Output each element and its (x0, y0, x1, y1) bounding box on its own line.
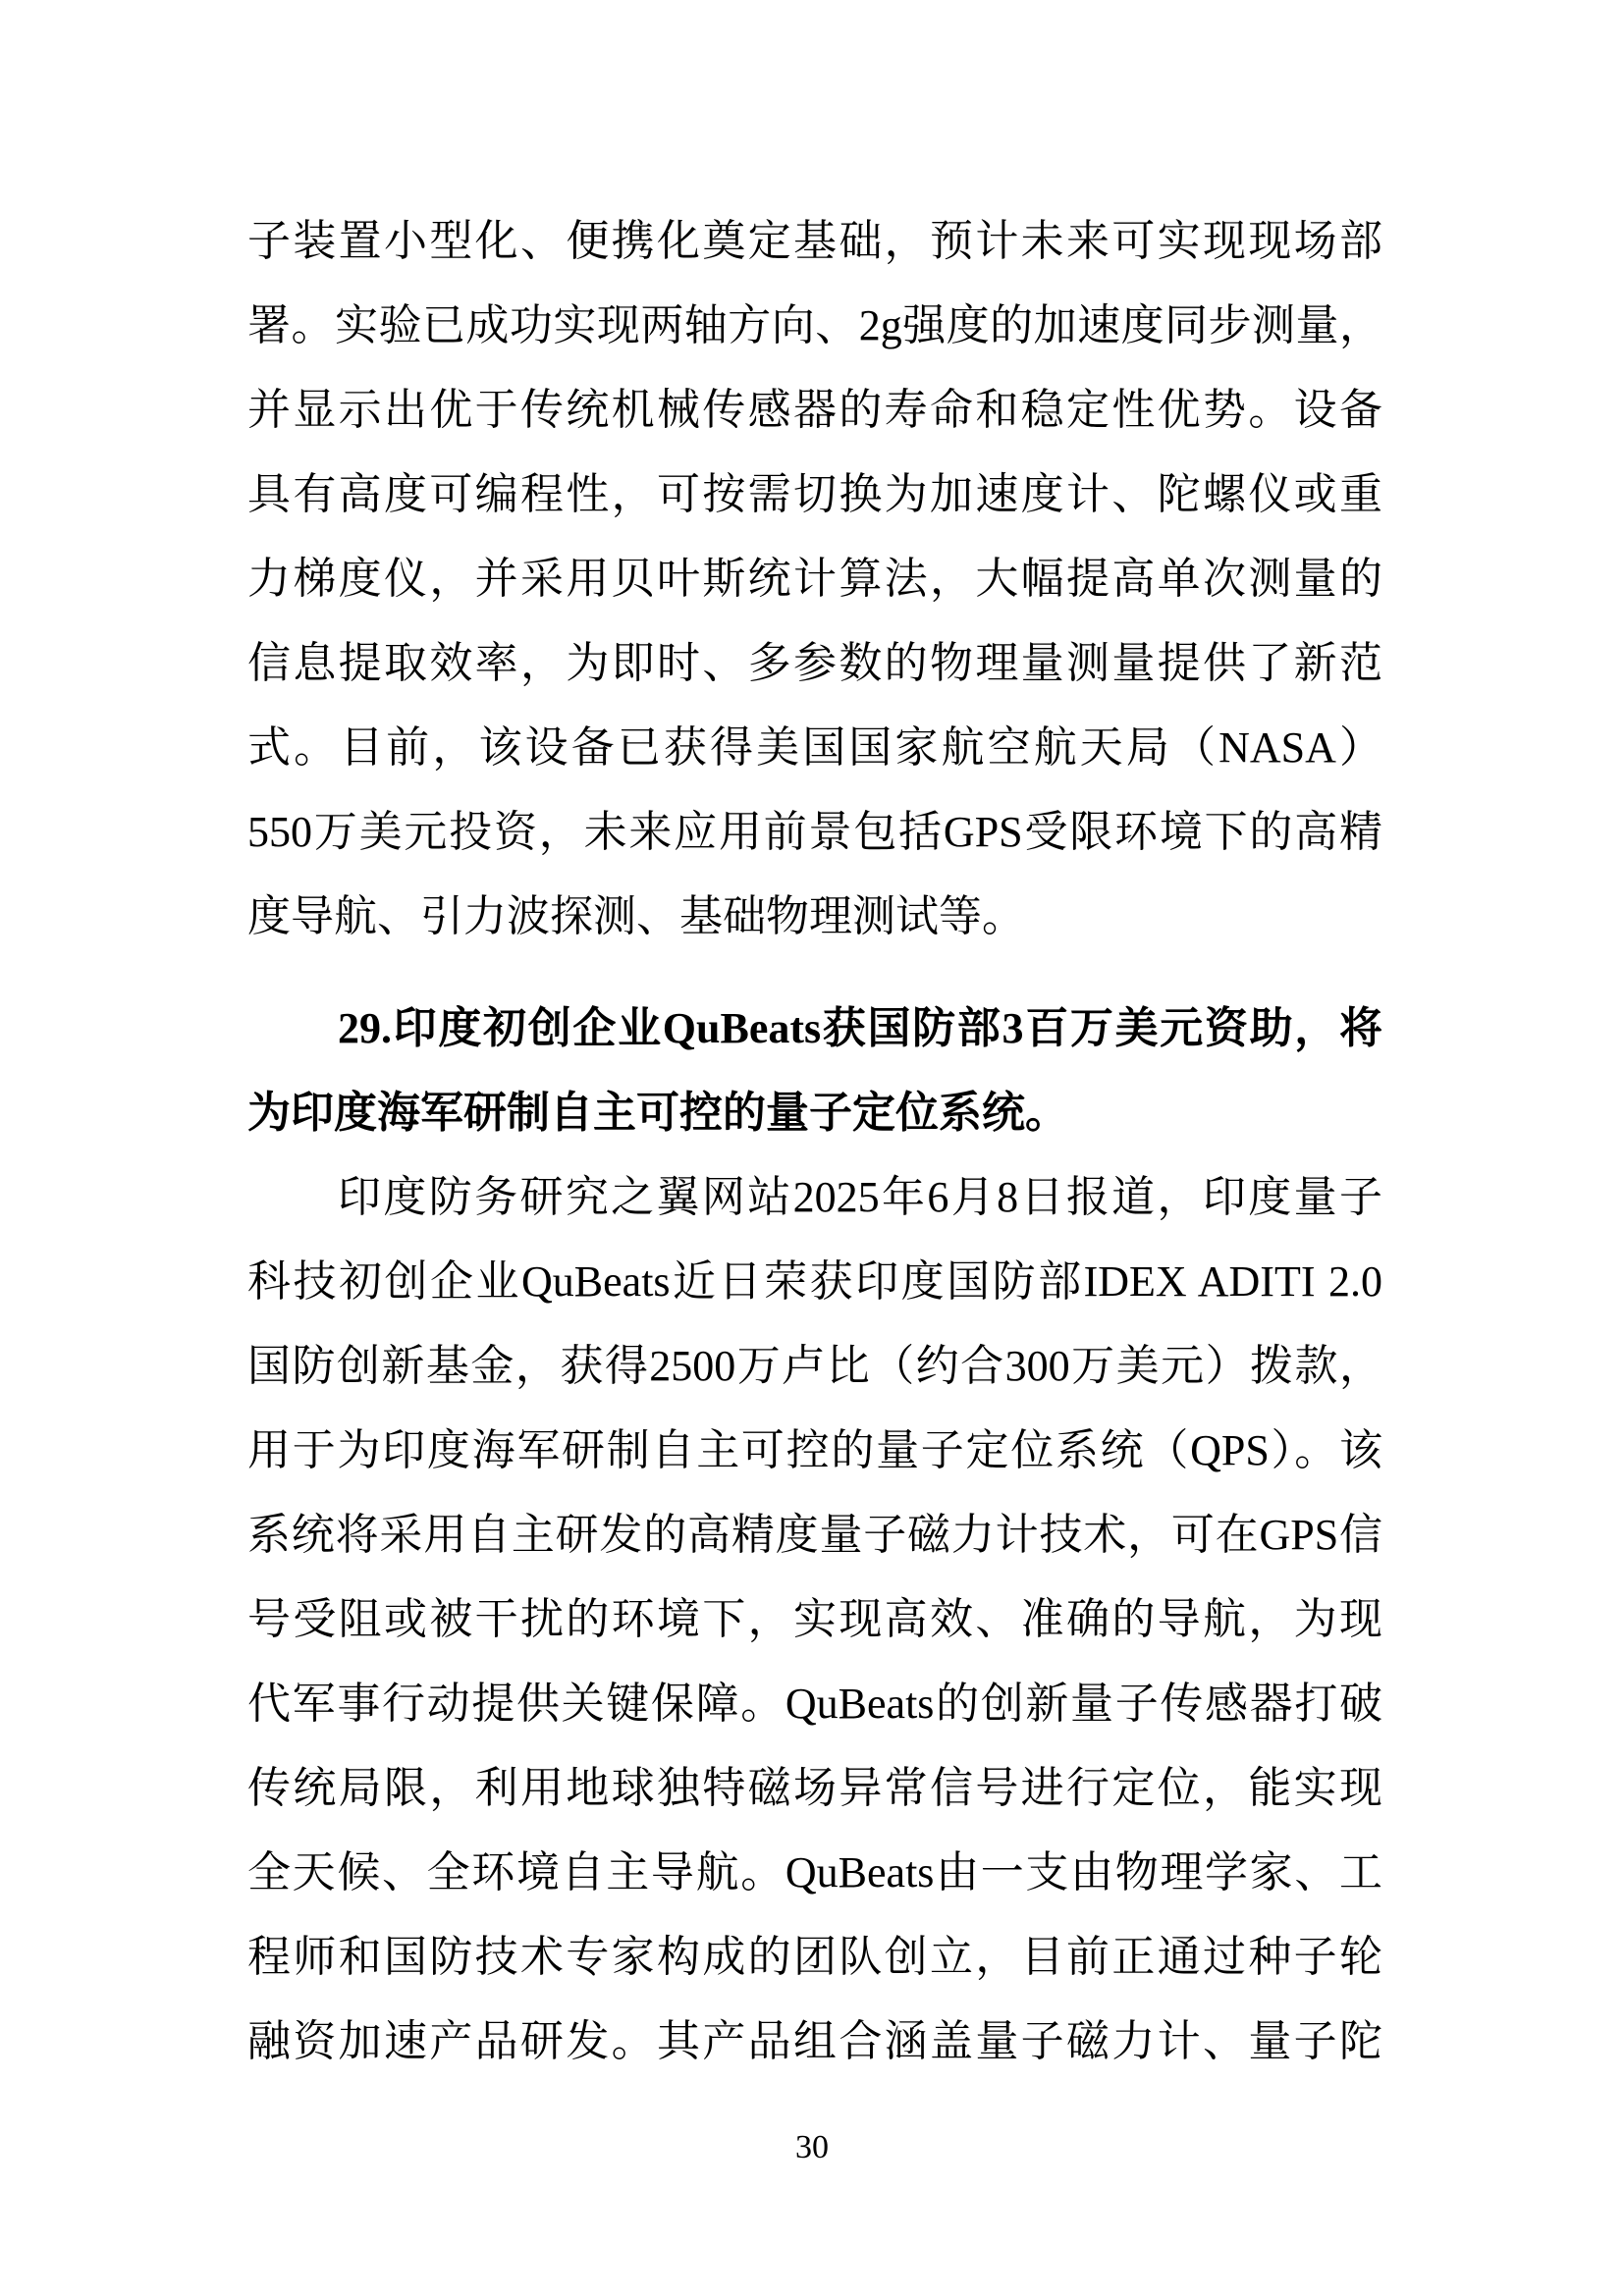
body-text-line: 式。目前，该设备已获得美国国家航空航天局（NASA） (247, 706, 1382, 790)
page-number: 30 (0, 2126, 1624, 2169)
body-text-line: 550万美元投资，未来应用前景包括GPS受限环境下的高精 (247, 790, 1382, 875)
body-text-line: 力梯度仪，并采用贝叶斯统计算法，大幅提高单次测量的 (247, 537, 1382, 621)
body-text-line: 具有高度可编程性，可按需切换为加速度计、陀螺仪或重 (247, 453, 1382, 537)
body-text-line: 全天候、全环境自主导航。QuBeats由一支由物理学家、工 (247, 1831, 1382, 1915)
body-text-line: 科技初创企业QuBeats近日荣获印度国防部IDEX ADITI 2.0 (247, 1240, 1382, 1324)
body-text-line: 系统将采用自主研发的高精度量子磁力计技术，可在GPS信 (247, 1493, 1382, 1577)
body-text-line: 用于为印度海军研制自主可控的量子定位系统（QPS）。该 (247, 1409, 1382, 1493)
document-page: 子装置小型化、便携化奠定基础，预计未来可实现现场部署。实验已成功实现两轴方向、2… (0, 0, 1624, 2296)
body-text-line: 并显示出优于传统机械传感器的寿命和稳定性优势。设备 (247, 368, 1382, 453)
heading-line: 29.印度初创企业QuBeats获国防部3百万美元资助，将 (247, 987, 1382, 1071)
body-text-line: 程师和国防技术专家构成的团队创立，目前正通过种子轮 (247, 1915, 1382, 2000)
body-text-line: 子装置小型化、便携化奠定基础，预计未来可实现现场部 (247, 199, 1382, 284)
document-body: 子装置小型化、便携化奠定基础，预计未来可实现现场部署。实验已成功实现两轴方向、2… (247, 199, 1382, 2084)
body-text-line: 信息提取效率，为即时、多参数的物理量测量提供了新范 (247, 621, 1382, 706)
heading-line: 为印度海军研制自主可控的量子定位系统。 (247, 1071, 1382, 1155)
body-text-line: 传统局限，利用地球独特磁场异常信号进行定位，能实现 (247, 1746, 1382, 1831)
body-text-line: 融资加速产品研发。其产品组合涵盖量子磁力计、量子陀 (247, 2000, 1382, 2084)
body-text-line: 国防创新基金，获得2500万卢比（约合300万美元）拨款， (247, 1324, 1382, 1409)
body-text-line: 署。实验已成功实现两轴方向、2g强度的加速度同步测量， (247, 284, 1382, 368)
body-text-line: 号受阻或被干扰的环境下，实现高效、准确的导航，为现 (247, 1577, 1382, 1662)
body-text-line: 代军事行动提供关键保障。QuBeats的创新量子传感器打破 (247, 1662, 1382, 1746)
body-text-line: 度导航、引力波探测、基础物理测试等。 (247, 875, 1382, 959)
body-text-line: 印度防务研究之翼网站2025年6月8日报道，印度量子 (247, 1155, 1382, 1240)
